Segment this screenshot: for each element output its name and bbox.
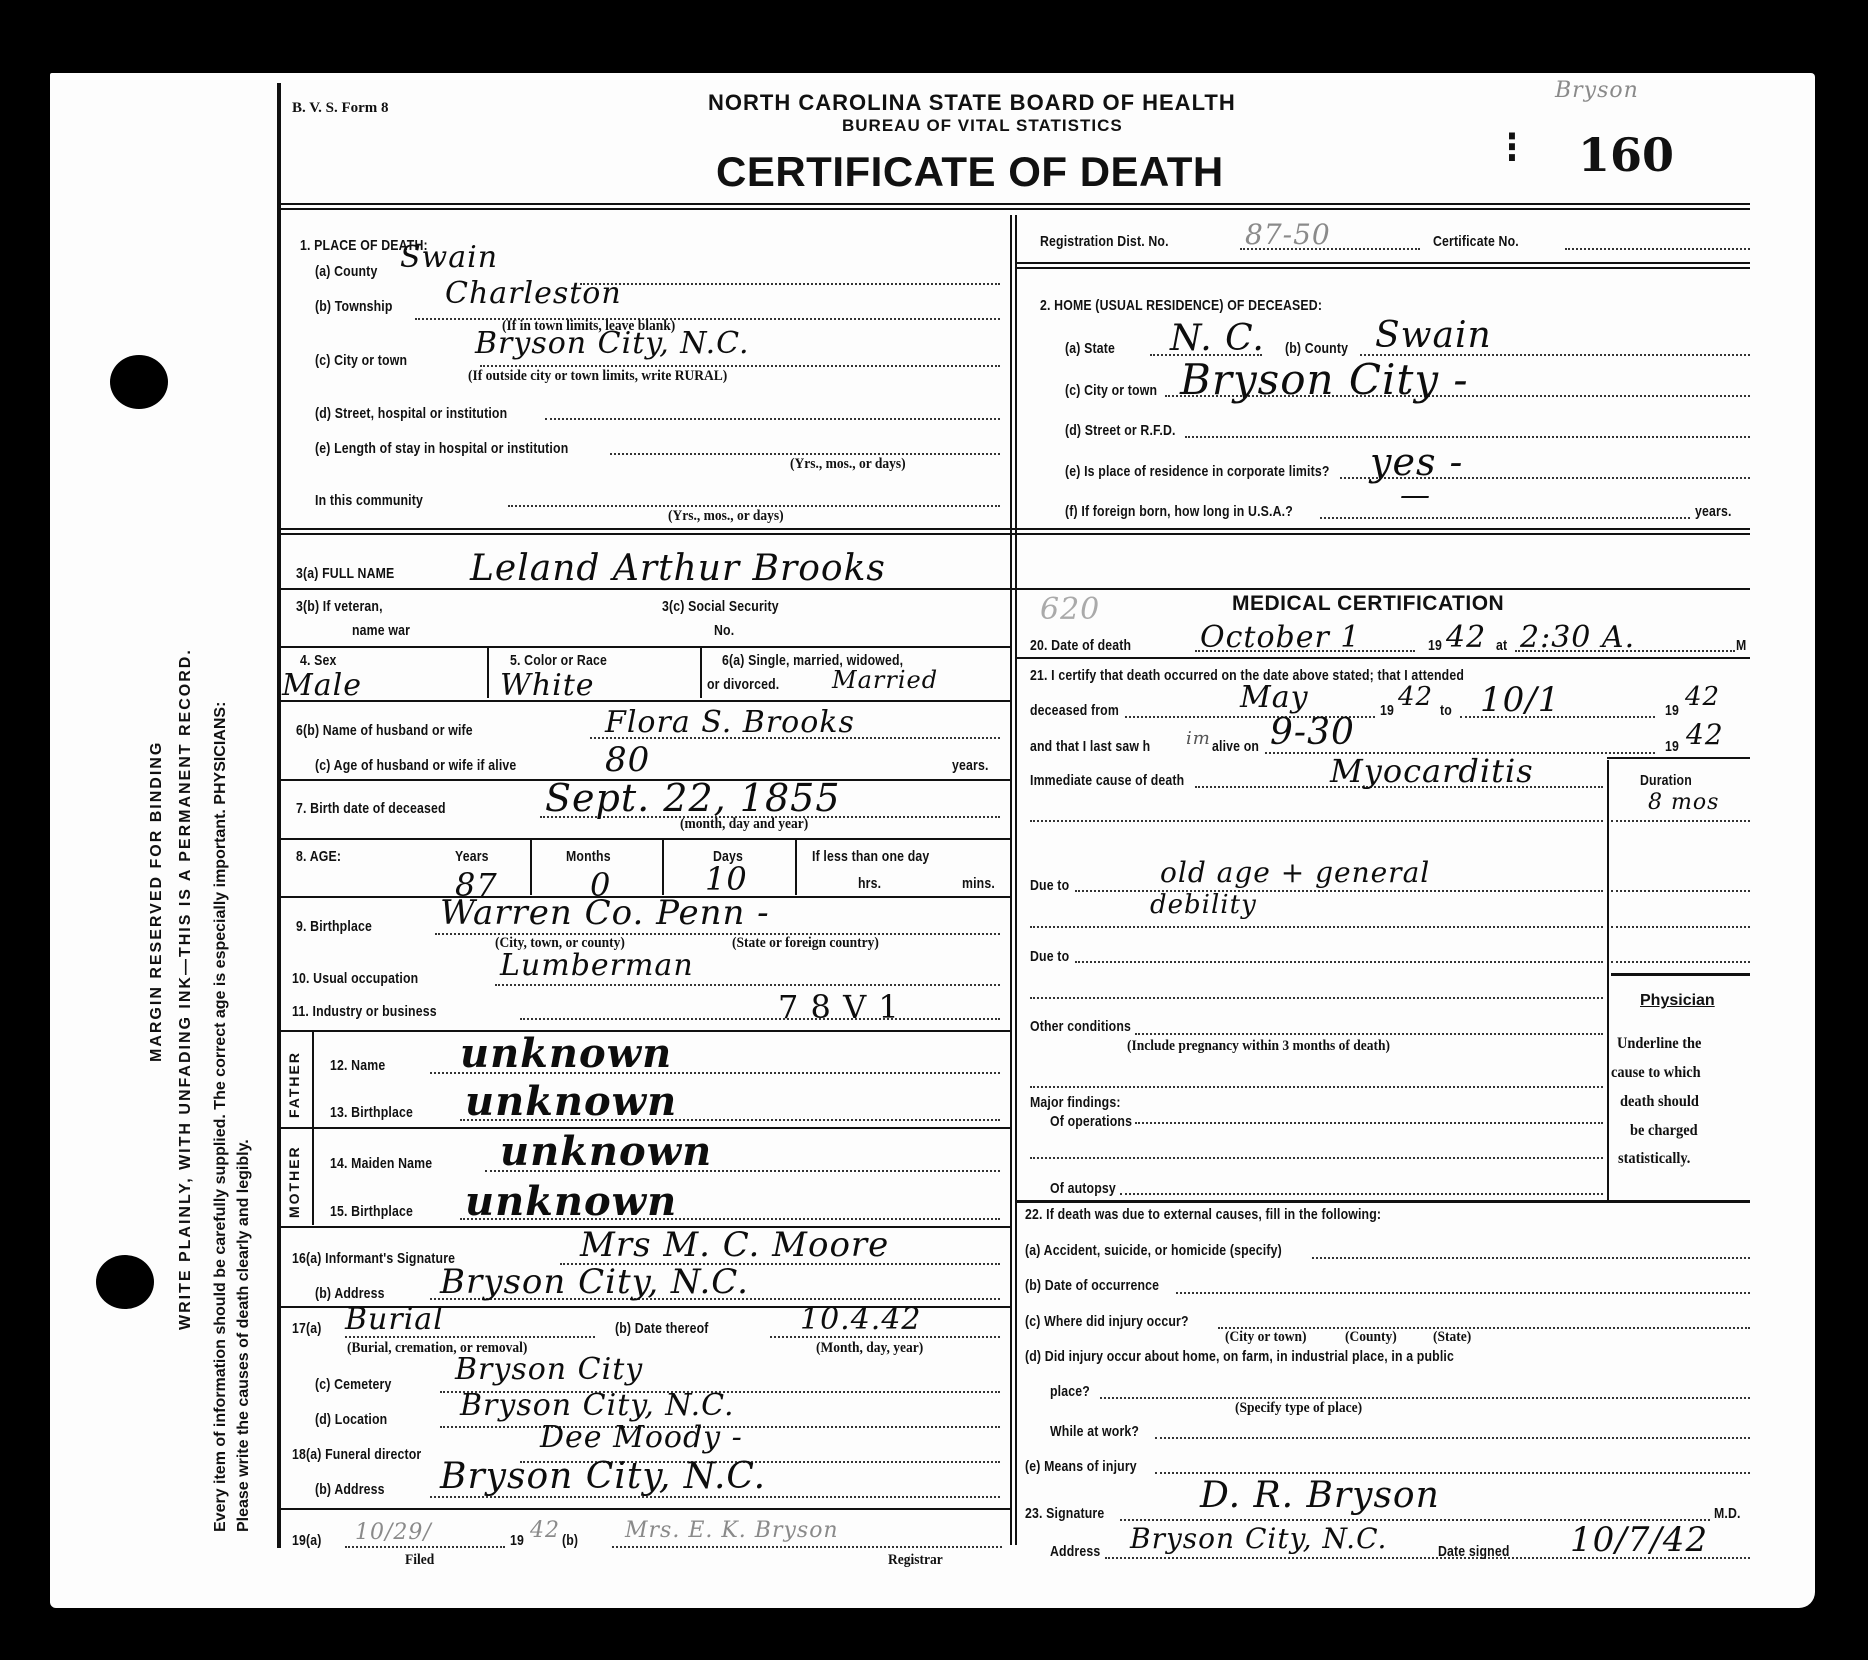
registration-divider — [1016, 262, 1750, 269]
birth-date-value[interactable]: Sept. 22, 1855 — [545, 776, 841, 820]
binding-hole-top — [110, 355, 168, 409]
dotted-line — [1135, 1033, 1603, 1035]
veteran-label-1: 3(b) If veteran, — [296, 598, 383, 615]
cemetery-label: (c) Cemetery — [315, 1376, 391, 1393]
due-to-1-value-2[interactable]: debility — [1150, 890, 1257, 920]
cell-divider — [700, 648, 702, 698]
death-street-label: (d) Street, hospital or institution — [315, 405, 507, 422]
due-to-1-label: Due to — [1030, 877, 1069, 894]
duration-value[interactable]: 8 mos — [1648, 790, 1719, 815]
filed-year[interactable]: 42 — [530, 1518, 560, 1543]
mother-tag: MOTHER — [286, 1145, 302, 1218]
dotted-line — [1185, 436, 1750, 438]
dotted-line — [1155, 1437, 1750, 1439]
full-name-value[interactable]: Leland Arthur Brooks — [470, 548, 886, 589]
physician-note-2: cause to which — [1611, 1064, 1701, 1082]
residence-city-label: (c) City or town — [1065, 382, 1157, 399]
ssn-label-1: 3(c) Social Security — [662, 598, 779, 615]
death-date-value[interactable]: October 1 — [1200, 620, 1360, 655]
margin-binding-text: MARGIN RESERVED FOR BINDING — [148, 741, 166, 1062]
last-saw-label: and that I last saw h — [1030, 738, 1150, 755]
death-time-suffix: M — [1736, 637, 1746, 654]
foreign-born-unit: years. — [1695, 503, 1732, 520]
signature-address-label: Address — [1050, 1543, 1100, 1560]
spouse-age-unit: years. — [952, 757, 989, 774]
where-state-note: (State) — [1433, 1329, 1471, 1346]
mother-birthplace-label: 15. Birthplace — [330, 1203, 413, 1220]
disposition-date-value[interactable]: 10.4.42 — [800, 1302, 922, 1337]
death-at-label: at — [1496, 637, 1507, 654]
mother-maiden-value[interactable]: unknown — [500, 1128, 712, 1175]
injury-place-label-1: (d) Did injury occur about home, on farm… — [1025, 1348, 1454, 1365]
birth-date-note: (month, day and year) — [680, 816, 808, 833]
certificate-no-label: Certificate No. — [1433, 233, 1519, 250]
other-conditions-note: (Include pregnancy within 3 months of de… — [1127, 1038, 1390, 1055]
last-saw-year-prefix: 19 — [1665, 738, 1679, 755]
immediate-cause-label: Immediate cause of death — [1030, 772, 1184, 789]
header-divider — [280, 203, 1750, 210]
means-of-injury-label: (e) Means of injury — [1025, 1458, 1137, 1475]
signature-address-value[interactable]: Bryson City, N.C. — [1130, 1522, 1387, 1555]
form-left-border — [277, 83, 281, 1548]
dotted-line — [480, 365, 1000, 367]
foreign-born-label: (f) If foreign born, how long in U.S.A.? — [1065, 503, 1293, 520]
attended-to-label: to — [1440, 702, 1452, 719]
location-label: (d) Location — [315, 1411, 387, 1428]
death-time-value[interactable]: 2:30 A. — [1520, 620, 1635, 655]
location-value[interactable]: Bryson City, N.C. — [460, 1388, 735, 1423]
physician-note-1: Underline the — [1617, 1035, 1701, 1053]
dotted-line — [1100, 1397, 1750, 1399]
occupation-label: 10. Usual occupation — [292, 970, 418, 987]
city-note: (If outside city or town limits, write R… — [468, 368, 727, 385]
father-birthplace-label: 13. Birthplace — [330, 1104, 413, 1121]
father-name-label: 12. Name — [330, 1057, 385, 1074]
dotted-line — [545, 418, 1000, 420]
alive-on-label: alive on — [1212, 738, 1259, 755]
funeral-director-value[interactable]: Dee Moody - — [540, 1420, 743, 1455]
dotted-line — [1155, 1472, 1750, 1474]
filed-value[interactable]: 10/29/ — [355, 1520, 432, 1545]
row-rule — [280, 838, 1010, 840]
physician-note-3: death should — [1620, 1093, 1699, 1111]
sex-value[interactable]: Male — [282, 668, 362, 703]
to-year-prefix: 19 — [1665, 702, 1679, 719]
industry-label: 11. Industry or business — [292, 1003, 437, 1020]
informant-address-label: (b) Address — [315, 1285, 385, 1302]
binding-hole-bottom — [96, 1255, 154, 1309]
residence-state-label: (a) State — [1065, 340, 1115, 357]
certificate-index: 160 — [1578, 128, 1674, 182]
duration-label: Duration — [1640, 772, 1692, 789]
informant-signature-label: 16(a) Informant's Signature — [292, 1250, 455, 1267]
spouse-age-label: (c) Age of husband or wife if alive — [315, 757, 516, 774]
informant-signature-value[interactable]: Mrs M. C. Moore — [580, 1225, 889, 1265]
row-rule — [280, 646, 1010, 648]
death-county-value[interactable]: Swain — [400, 240, 498, 275]
dotted-line — [1030, 820, 1603, 822]
due-to-1-value[interactable]: old age + general — [1160, 856, 1430, 889]
dotted-line — [1030, 926, 1603, 928]
mother-maiden-label: 14. Maiden Name — [330, 1155, 432, 1172]
death-date-label: 20. Date of death — [1030, 637, 1131, 654]
dotted-line — [610, 453, 1000, 455]
filed-label: 19(a) — [292, 1532, 322, 1549]
last-saw-value[interactable]: 9-30 — [1270, 712, 1355, 753]
attended-from-label: deceased from — [1030, 702, 1119, 719]
center-divider — [1010, 215, 1017, 1545]
due-to-2-label: Due to — [1030, 948, 1069, 965]
bureau-name: BUREAU OF VITAL STATISTICS — [842, 116, 1123, 136]
medical-heading: MEDICAL CERTIFICATION — [1232, 592, 1504, 616]
occupation-value[interactable]: Lumberman — [500, 948, 694, 983]
margin-instruction-1: WRITE PLAINLY, WITH UNFADING INK—THIS IS… — [177, 648, 195, 1330]
injury-place-label-2: place? — [1050, 1383, 1090, 1400]
dotted-line — [1611, 890, 1750, 892]
death-township-label: (b) Township — [315, 298, 393, 315]
age-mins-label: mins. — [962, 875, 995, 892]
cell-divider — [795, 840, 797, 895]
age-label: 8. AGE: — [296, 848, 341, 865]
physician-note-4: be charged — [1630, 1122, 1698, 1140]
dotted-line — [1611, 820, 1750, 822]
father-tag: FATHER — [286, 1051, 302, 1118]
dotted-line — [1611, 926, 1750, 928]
ssn-label-2: No. — [714, 622, 734, 639]
page-title: CERTIFICATE OF DEATH — [716, 148, 1224, 196]
date-signed-value[interactable]: 10/7/42 — [1570, 1520, 1708, 1560]
signature-value[interactable]: D. R. Bryson — [1200, 1475, 1440, 1516]
birthplace-value[interactable]: Warren Co. Penn - — [440, 893, 770, 933]
father-name-value[interactable]: unknown — [460, 1030, 672, 1077]
margin-note-top: Bryson — [1555, 78, 1639, 103]
residence-state-value[interactable]: N. C. — [1170, 318, 1265, 359]
mother-birthplace-value[interactable]: unknown — [465, 1178, 677, 1225]
physician-column-divider — [1607, 760, 1609, 1200]
attended-from-value[interactable]: May — [1240, 680, 1309, 715]
industry-value[interactable]: 7 8 V 1 — [778, 988, 900, 1026]
dotted-line — [1030, 1157, 1603, 1159]
row-rule — [1016, 657, 1750, 659]
spouse-age-value[interactable]: 80 — [605, 740, 650, 780]
injury-place-note: (Specify type of place) — [1235, 1400, 1362, 1417]
duration-box-rule — [1611, 973, 1750, 976]
attended-to-value[interactable]: 10/1 — [1480, 680, 1560, 720]
colon-mark: ⁝ — [1505, 122, 1519, 173]
date-signed-label: Date signed — [1438, 1543, 1510, 1560]
death-city-label: (c) City or town — [315, 352, 407, 369]
registration-dist-value[interactable]: 87-50 — [1245, 218, 1331, 251]
marital-value[interactable]: Married — [832, 666, 938, 694]
dotted-line — [520, 1018, 1000, 1020]
filed-year-prefix: 19 — [510, 1532, 524, 1549]
age-less-label: If less than one day — [812, 848, 929, 865]
funeral-director-label: 18(a) Funeral director — [292, 1446, 421, 1463]
full-name-label: 3(a) FULL NAME — [296, 565, 394, 582]
dotted-line — [580, 283, 1000, 285]
last-saw-pronoun[interactable]: im — [1186, 728, 1211, 749]
death-year-value[interactable]: 42 — [1446, 620, 1486, 655]
dotted-line — [508, 505, 1000, 507]
immediate-cause-value[interactable]: Myocarditis — [1330, 752, 1534, 790]
form-id: B. V. S. Form 8 — [292, 100, 389, 117]
dotted-line — [1176, 1292, 1750, 1294]
filed-caption: Filed — [405, 1552, 434, 1569]
sex-label: 4. Sex — [300, 652, 337, 669]
dotted-line — [1075, 961, 1603, 963]
disposition-label: 17(a) — [292, 1320, 322, 1337]
veteran-label-2: name war — [352, 622, 410, 639]
while-at-work-label: While at work? — [1050, 1423, 1139, 1440]
row-rule — [1607, 757, 1750, 759]
signature-suffix: M.D. — [1714, 1505, 1741, 1522]
injury-where-label: (c) Where did injury occur? — [1025, 1313, 1189, 1330]
spouse-label: 6(b) Name of husband or wife — [296, 722, 473, 739]
operations-label: Of operations — [1050, 1113, 1132, 1130]
dotted-line — [1312, 1257, 1750, 1259]
residence-city-value[interactable]: Bryson City - — [1180, 355, 1469, 404]
row-rule — [280, 700, 1010, 702]
stay-note: (Yrs., mos., or days) — [790, 456, 906, 473]
dotted-line — [495, 984, 1000, 986]
death-township-value[interactable]: Charleston — [445, 276, 622, 311]
dotted-line — [1320, 517, 1690, 519]
dotted-line — [1135, 1122, 1603, 1124]
community-note: (Yrs., mos., or days) — [668, 508, 784, 525]
accident-label: (a) Accident, suicide, or homicide (spec… — [1025, 1242, 1282, 1259]
residence-county-value[interactable]: Swain — [1375, 315, 1492, 356]
marital-label-2: or divorced. — [707, 676, 779, 693]
cemetery-value[interactable]: Bryson City — [455, 1352, 643, 1387]
age-years-label: Years — [455, 848, 489, 865]
stay-length-label: (e) Length of stay in hospital or instit… — [315, 440, 568, 457]
disposition-date-label: (b) Date thereof — [615, 1320, 709, 1337]
foreign-born-value[interactable]: — — [1400, 478, 1431, 513]
age-hrs-label: hrs. — [858, 875, 881, 892]
cell-divider — [487, 648, 489, 698]
dotted-line — [612, 1546, 1002, 1548]
dotted-line — [1030, 997, 1603, 999]
margin-instruction-2: Every item of information should be care… — [212, 702, 230, 1532]
external-causes-heading: 22. If death was due to external causes,… — [1025, 1206, 1381, 1223]
occurrence-date-label: (b) Date of occurrence — [1025, 1277, 1159, 1294]
residence-street-label: (d) Street or R.F.D. — [1065, 422, 1176, 439]
registrar-value[interactable]: Mrs. E. K. Bryson — [625, 1518, 839, 1543]
funeral-address-value[interactable]: Bryson City, N.C. — [440, 1456, 766, 1497]
registrar-label: (b) — [562, 1532, 578, 1549]
to-year-value[interactable]: 42 — [1685, 682, 1720, 712]
age-months-label: Months — [566, 848, 611, 865]
row-rule — [280, 1508, 1010, 1510]
funeral-address-label: (b) Address — [315, 1481, 385, 1498]
section-divider — [280, 528, 1750, 535]
registration-dist-label: Registration Dist. No. — [1040, 233, 1169, 250]
where-city-note: (City or town) — [1225, 1329, 1306, 1346]
cell-divider — [530, 840, 532, 895]
last-saw-year[interactable]: 42 — [1686, 718, 1724, 751]
cell-divider — [662, 840, 664, 895]
margin-instruction-3: Please write the causes of death clearly… — [235, 1139, 253, 1532]
disposition-date-note: (Month, day, year) — [816, 1340, 923, 1357]
corporate-limits-label: (e) Is place of residence in corporate l… — [1065, 463, 1330, 480]
birth-date-label: 7. Birth date of deceased — [296, 800, 446, 817]
signature-label: 23. Signature — [1025, 1505, 1104, 1522]
physician-note-5: statistically. — [1618, 1150, 1690, 1168]
agency-name: NORTH CAROLINA STATE BOARD OF HEALTH — [708, 90, 1236, 116]
other-conditions-label: Other conditions — [1030, 1018, 1131, 1035]
birthplace-label: 9. Birthplace — [296, 918, 372, 935]
dotted-line — [1565, 248, 1750, 250]
full-name-rule — [280, 588, 1750, 590]
race-value[interactable]: White — [500, 668, 595, 703]
dotted-line — [345, 1546, 505, 1548]
death-county-label: (a) County — [315, 263, 377, 280]
community-label: In this community — [315, 492, 423, 509]
birthplace-note-2: (State or foreign country) — [732, 935, 879, 952]
pencil-note: 620 — [1040, 592, 1100, 627]
registrar-caption: Registrar — [888, 1552, 943, 1569]
dotted-line — [1030, 1086, 1603, 1088]
father-birthplace-value[interactable]: unknown — [465, 1078, 677, 1125]
race-label: 5. Color or Race — [510, 652, 607, 669]
section-rule — [1016, 1200, 1750, 1203]
informant-address-value[interactable]: Bryson City, N.C. — [440, 1262, 749, 1302]
major-findings-label: Major findings: — [1030, 1094, 1121, 1111]
from-year-value[interactable]: 42 — [1398, 682, 1433, 712]
dotted-line — [1611, 961, 1750, 963]
from-year-prefix: 19 — [1380, 702, 1394, 719]
spouse-value[interactable]: Flora S. Brooks — [605, 705, 855, 740]
disposition-value[interactable]: Burial — [345, 1302, 444, 1337]
where-county-note: (County) — [1345, 1329, 1397, 1346]
death-year-prefix: 19 — [1428, 637, 1442, 654]
death-city-value[interactable]: Bryson City, N.C. — [475, 326, 750, 361]
dotted-line — [1120, 1193, 1603, 1195]
autopsy-label: Of autopsy — [1050, 1180, 1116, 1197]
residence-heading: 2. HOME (USUAL RESIDENCE) OF DECEASED: — [1040, 297, 1322, 314]
physician-heading: Physician — [1640, 992, 1715, 1010]
